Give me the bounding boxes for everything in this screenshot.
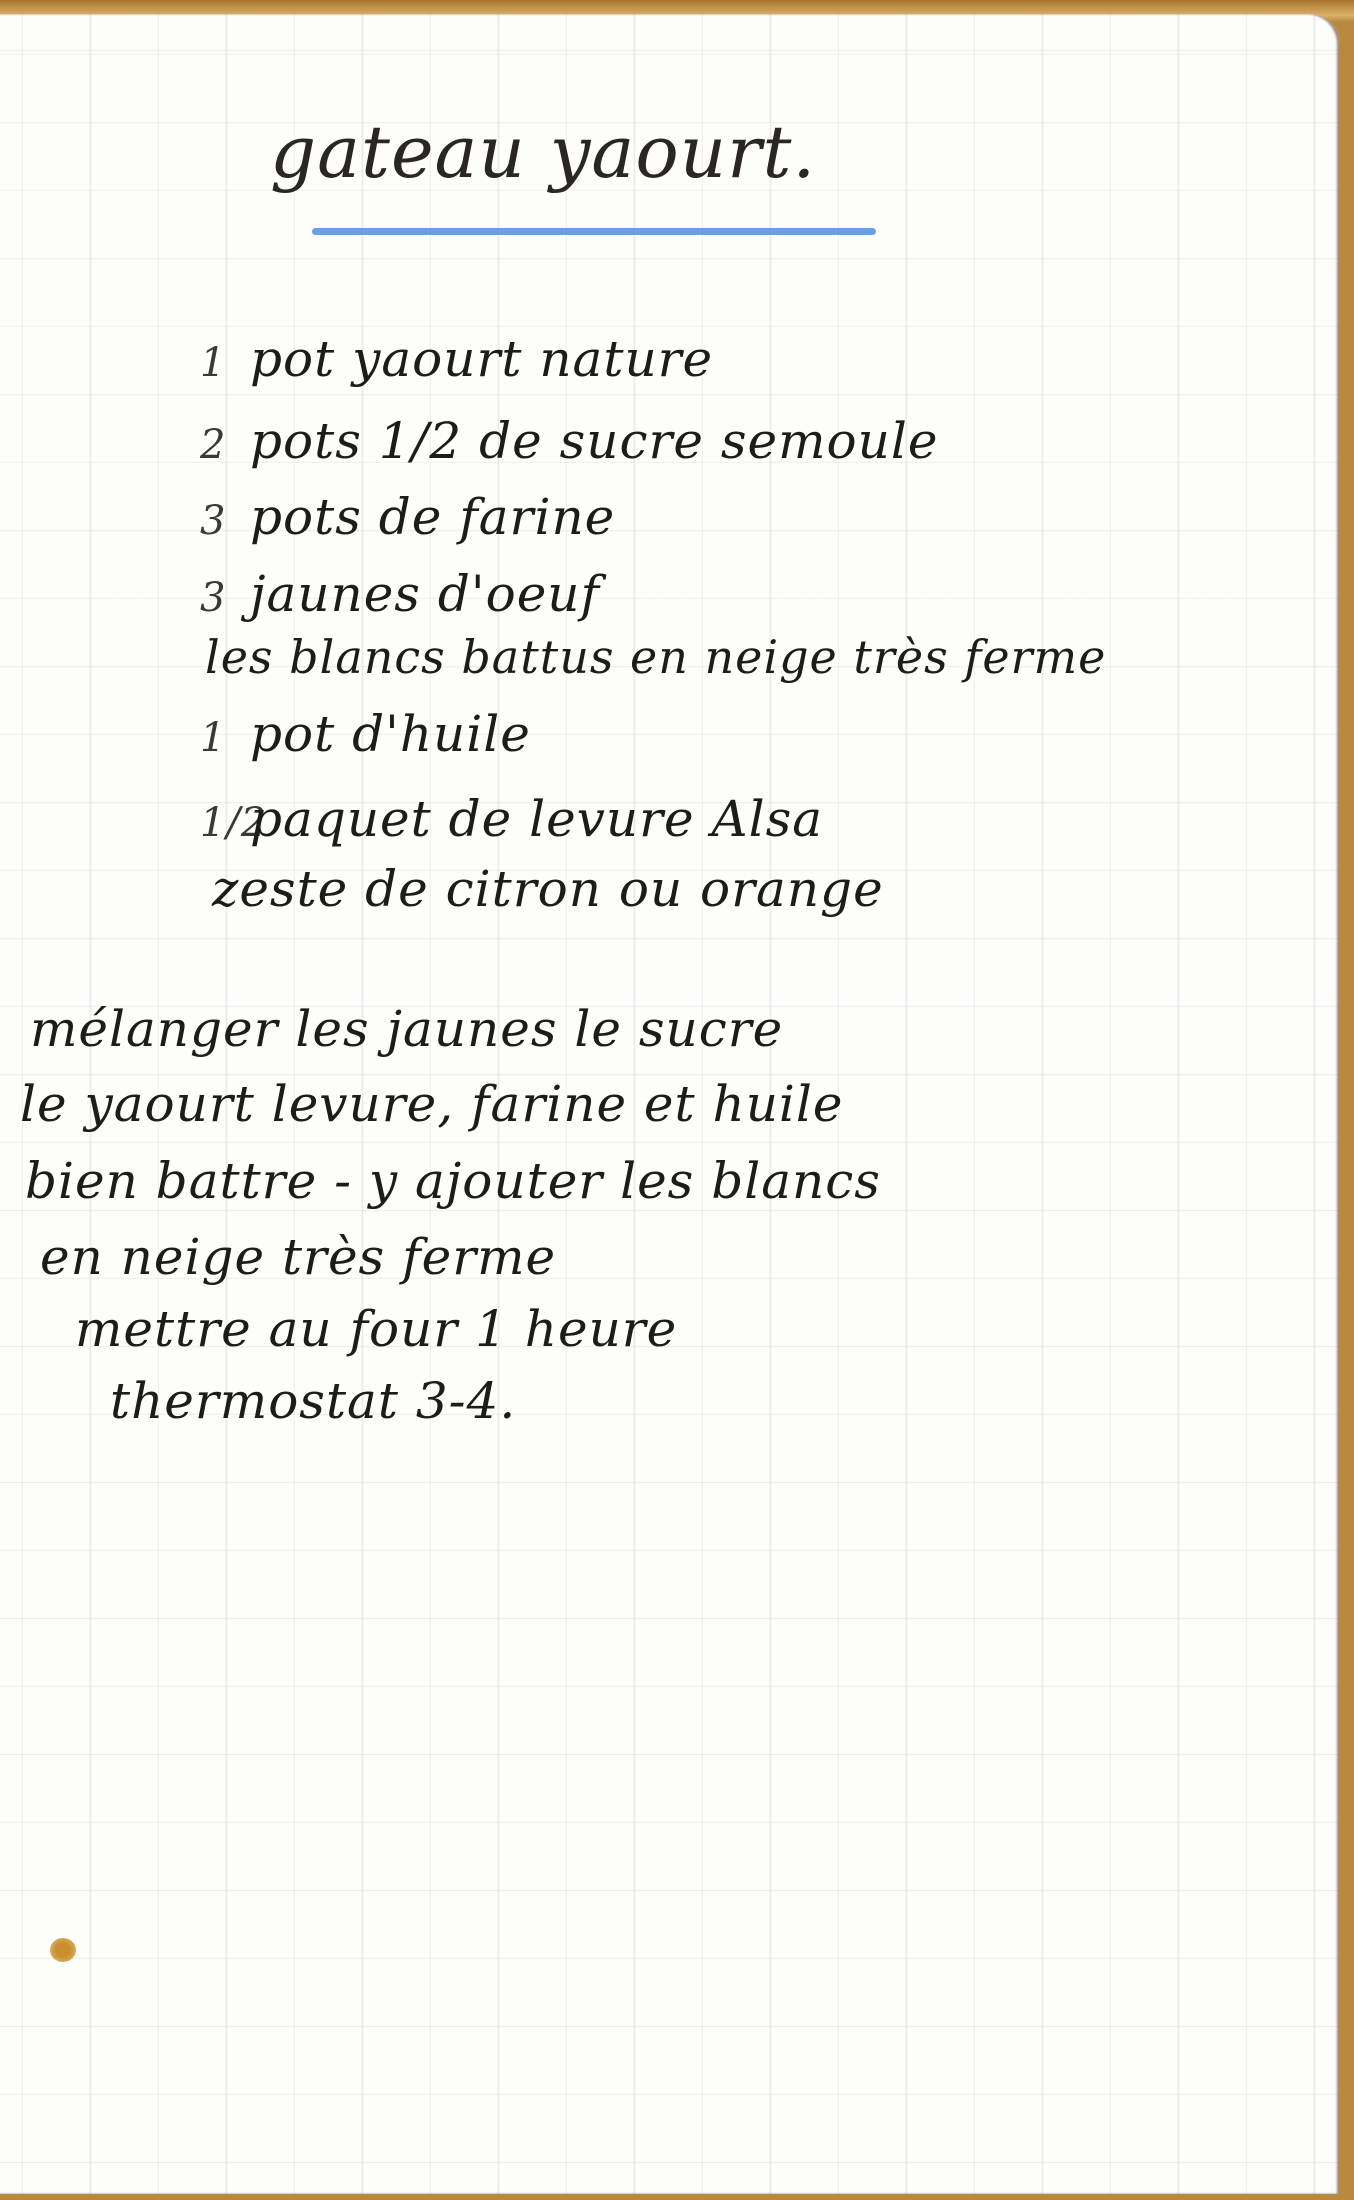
instruction-line: thermostat 3-4. [110, 1372, 516, 1430]
instruction-line: bien battre - y ajouter les blancs [25, 1152, 881, 1210]
ingredient-item: 2pots 1/2 de sucre semoule [200, 412, 938, 470]
ingredient-item: 1/2paquet de levure Alsa [200, 790, 823, 848]
ingredient-item: 1pot d'huile [200, 705, 531, 763]
title-underline [312, 228, 876, 235]
ingredient-item: les blancs battus en neige très ferme [205, 630, 1106, 684]
ingredient-item: 3jaunes d'oeuf [200, 565, 600, 623]
paper-stain-spot [50, 1938, 76, 1962]
ingredient-item: 3pots de farine [200, 488, 615, 546]
instruction-line: en neige très ferme [40, 1228, 556, 1286]
instruction-line: mettre au four 1 heure [75, 1300, 677, 1358]
ingredient-item: 1pot yaourt nature [200, 330, 713, 388]
ingredient-item: zeste de citron ou orange [212, 860, 884, 918]
instruction-line: mélanger les jaunes le sucre [30, 1000, 783, 1058]
instruction-line: le yaourt levure, farine et huile [20, 1075, 843, 1133]
recipe-title: gateau yaourt. [270, 110, 816, 194]
